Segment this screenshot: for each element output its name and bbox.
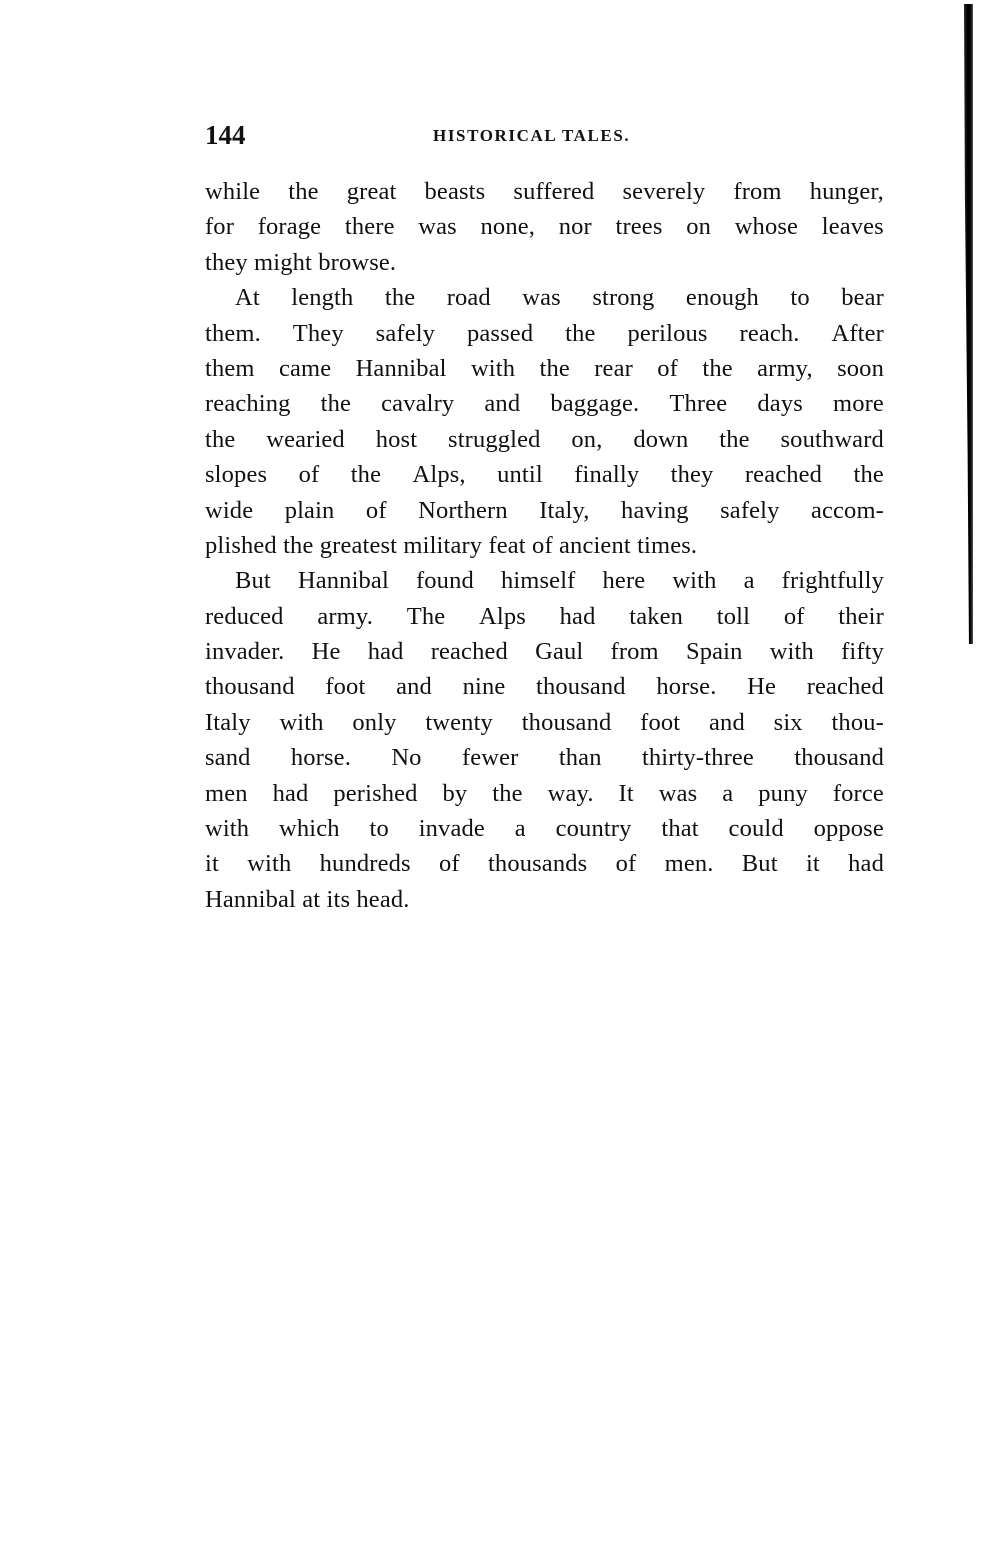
- text-line: whilethegreatbeastssufferedseverelyfromh…: [205, 174, 884, 209]
- text-line: slopesoftheAlps,untilfinallytheyreachedt…: [205, 457, 884, 492]
- body-text: whilethegreatbeastssufferedseverelyfromh…: [205, 174, 884, 917]
- running-title: HISTORICAL TALES.: [433, 124, 630, 148]
- text-line: forforagetherewasnone,nortreesonwhoselea…: [205, 209, 884, 244]
- text-line: they might browse.: [205, 245, 884, 280]
- text-line: withwhichtoinvadeacountrythatcouldoppose: [205, 811, 884, 846]
- text-line: theweariedhoststruggledon,downthesouthwa…: [205, 422, 884, 457]
- text-line: wideplainofNorthernItaly,havingsafelyacc…: [205, 493, 884, 528]
- text-line: menhadperishedbytheway.Itwasapunyforce: [205, 776, 884, 811]
- running-head: 144 HISTORICAL TALES.: [205, 120, 884, 150]
- text-line: reducedarmy.TheAlpshadtakentolloftheir: [205, 599, 884, 634]
- text-line: sandhorse.Nofewerthanthirty-threethousan…: [205, 740, 884, 775]
- text-line: them.Theysafelypassedtheperilousreach.Af…: [205, 316, 884, 351]
- page-number: 144: [205, 120, 246, 150]
- text-line: reachingthecavalryandbaggage.Threedaysmo…: [205, 386, 884, 421]
- text-line: thousandfootandninethousandhorse.Hereach…: [205, 669, 884, 704]
- text-line: plished the greatest military feat of an…: [205, 528, 884, 563]
- text-line: themcameHannibalwiththerearofthearmy,soo…: [205, 351, 884, 386]
- page-edge-shadow: [964, 4, 973, 644]
- text-line: itwithhundredsofthousandsofmen.Butithad: [205, 846, 884, 881]
- text-line: Hannibal at its head.: [205, 882, 884, 917]
- paragraph-first-line: ButHannibalfoundhimselfherewithafrightfu…: [205, 563, 884, 598]
- text-line: Italywithonlytwentythousandfootandsixtho…: [205, 705, 884, 740]
- text-line: invader.HehadreachedGaulfromSpainwithfif…: [205, 634, 884, 669]
- paragraph-first-line: Atlengththeroadwasstrongenoughtobear: [205, 280, 884, 315]
